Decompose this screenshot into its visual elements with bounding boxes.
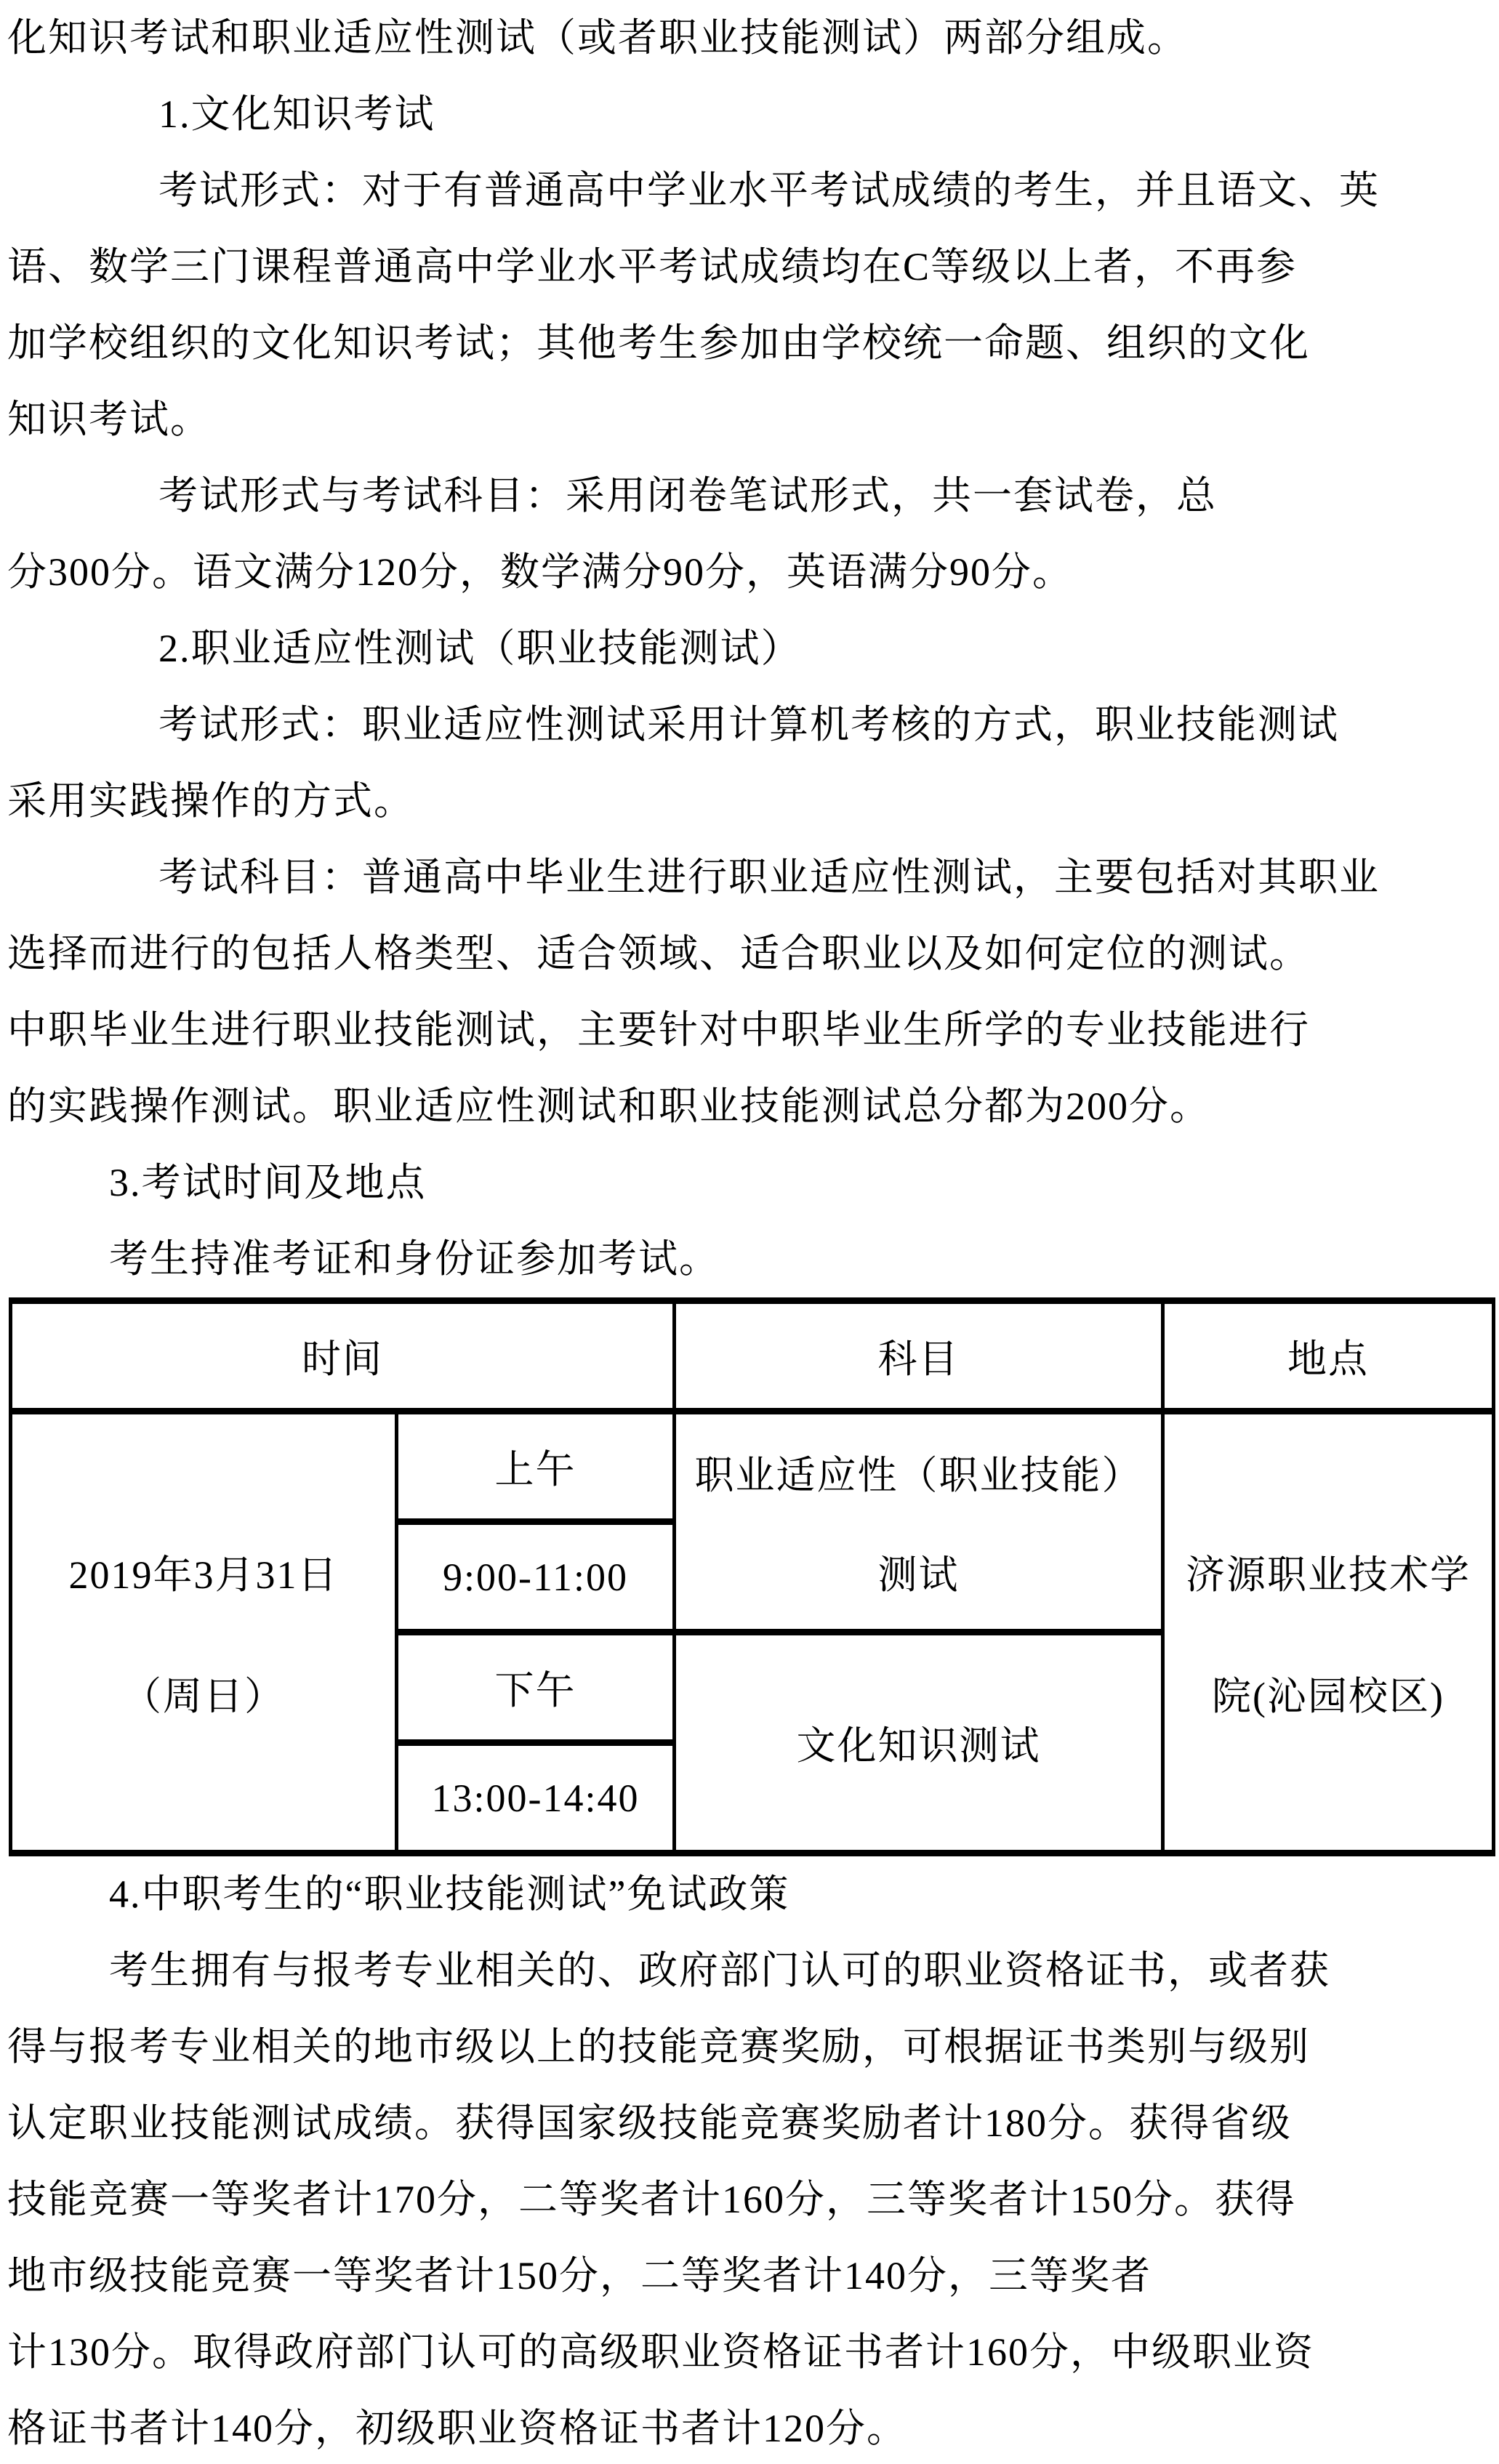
cell-session-afternoon: 下午	[397, 1632, 675, 1743]
subject-aptitude-text2: 测试	[878, 1544, 960, 1600]
cell-time-morning: 9:00-11:00	[397, 1522, 675, 1632]
section-heading-2: 2.职业适应性测试（职业技能测试）	[0, 611, 1499, 687]
text-line: 考生拥有与报考专业相关的、政府部门认可的职业资格证书，或者获	[0, 1933, 1499, 2009]
cell-session-morning: 上午	[397, 1412, 675, 1522]
date-weekday: （周日）	[122, 1665, 285, 1721]
text-line: 采用实践操作的方式。	[0, 763, 1499, 840]
text-line: 技能竞赛一等奖者计170分，二等奖者计160分，三等奖者计150分。获得	[0, 2162, 1499, 2238]
cell-subject-culture: 文化知识测试	[675, 1632, 1163, 1853]
text-line: 加学校组织的文化知识考试；其他考生参加由学校统一命题、组织的文化	[0, 305, 1499, 382]
text-line: 考试形式：对于有普通高中学业水平考试成绩的考生，并且语文、英	[0, 153, 1499, 229]
text-line: 格证书者计140分，初级职业资格证书者计120分。	[0, 2391, 1499, 2464]
text-line: 的实践操作测试。职业适应性测试和职业技能测试总分都为200分。	[0, 1068, 1499, 1145]
text-line: 化知识考试和职业适应性测试（或者职业技能测试）两部分组成。	[0, 0, 1499, 76]
cell-location: 济源职业技术学 院(沁园校区)	[1163, 1412, 1494, 1853]
text-line: 考试形式：职业适应性测试采用计算机考核的方式，职业技能测试	[0, 687, 1499, 763]
cell-date: 2019年3月31日 （周日）	[11, 1412, 397, 1853]
section-heading-3: 3.考试时间及地点	[0, 1145, 1499, 1221]
text-line: 分300分。语文满分120分，数学满分90分，英语满分90分。	[0, 534, 1499, 611]
text-line: 选择而进行的包括人格类型、适合领域、适合职业以及如何定位的测试。	[0, 916, 1499, 992]
text-line: 考试形式与考试科目：采用闭卷笔试形式，共一套试卷，总	[0, 458, 1499, 534]
table-header-row: 时间 科目 地点	[11, 1301, 1494, 1412]
text-line: 考试科目：普通高中毕业生进行职业适应性测试，主要包括对其职业	[0, 840, 1499, 916]
document-page: 化知识考试和职业适应性测试（或者职业技能测试）两部分组成。 1.文化知识考试 考…	[0, 0, 1499, 2464]
text-line: 地市级技能竞赛一等奖者计150分，二等奖者计140分，三等奖者	[0, 2238, 1499, 2314]
text-line: 知识考试。	[0, 382, 1499, 458]
date-text: 2019年3月31日	[69, 1544, 339, 1600]
location-text: 济源职业技术学	[1186, 1544, 1471, 1600]
header-cell-subject: 科目	[675, 1301, 1163, 1412]
header-cell-time: 时间	[11, 1301, 675, 1412]
header-cell-location: 地点	[1163, 1301, 1494, 1412]
text-line: 中职毕业生进行职业技能测试，主要针对中职毕业生所学的专业技能进行	[0, 992, 1499, 1068]
cell-subject-aptitude: 职业适应性（职业技能） 测试	[675, 1412, 1163, 1632]
text-line: 考生持准考证和身份证参加考试。	[0, 1221, 1499, 1297]
text-line: 计130分。取得政府部门认可的高级职业资格证书者计160分，中级职业资	[0, 2314, 1499, 2391]
table-row: 2019年3月31日 （周日） 上午 职业适应性（职业技能） 测试 济源职业技术…	[11, 1412, 1494, 1522]
subject-aptitude-text: 职业适应性（职业技能）	[695, 1444, 1143, 1500]
text-line: 语、数学三门课程普通高中学业水平考试成绩均在C等级以上者，不再参	[0, 229, 1499, 305]
text-line: 得与报考专业相关的地市级以上的技能竞赛奖励，可根据证书类别与级别	[0, 2009, 1499, 2085]
schedule-table: 时间 科目 地点 2019年3月31日 （周日） 上午 职业适应性（职业技能） …	[9, 1297, 1495, 1856]
cell-time-afternoon: 13:00-14:40	[397, 1743, 675, 1853]
section-heading-4: 4.中职考生的“职业技能测试”免试政策	[0, 1856, 1499, 1933]
location-text2: 院(沁园校区)	[1212, 1665, 1444, 1721]
section-heading-1: 1.文化知识考试	[0, 76, 1499, 153]
text-line: 认定职业技能测试成绩。获得国家级技能竞赛奖励者计180分。获得省级	[0, 2085, 1499, 2162]
